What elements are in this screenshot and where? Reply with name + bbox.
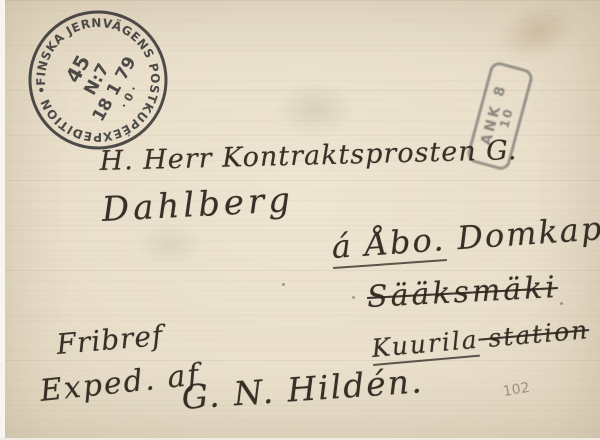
cover-photo: FINSKA JERNVÄGENS POSTKUPÉEXPEDITION • 4… bbox=[0, 0, 600, 440]
stain-middle-left bbox=[135, 222, 205, 267]
scan-edge-left bbox=[0, 0, 5, 440]
stain-top-right bbox=[489, 0, 587, 71]
free-letter-note: Fribref bbox=[55, 319, 164, 361]
crossed-out-place: Sääksmäki bbox=[366, 270, 559, 315]
destination-rest: Domkap bbox=[444, 209, 600, 258]
pencil-number: 102 bbox=[502, 380, 531, 400]
sender-signature: G. N. Hildén. bbox=[180, 361, 424, 417]
expedited-note: Exped. af bbox=[38, 357, 202, 409]
destination-line: á Åbo. Domkap bbox=[330, 209, 600, 266]
station-line: Kuurila station bbox=[370, 315, 590, 363]
station-word: station bbox=[477, 315, 590, 354]
arrival-stamp-number: 10 bbox=[498, 106, 515, 129]
ink-speck bbox=[560, 302, 563, 305]
ink-speck bbox=[352, 296, 355, 299]
station-name: Kuurila bbox=[370, 325, 480, 366]
destination-city: á Åbo. bbox=[330, 220, 446, 269]
stain-center bbox=[275, 82, 355, 137]
address-line-2: Dahlberg bbox=[101, 180, 295, 230]
ink-speck bbox=[282, 283, 285, 286]
railway-postmark: FINSKA JERNVÄGENS POSTKUPÉEXPEDITION • 4… bbox=[12, 0, 184, 166]
